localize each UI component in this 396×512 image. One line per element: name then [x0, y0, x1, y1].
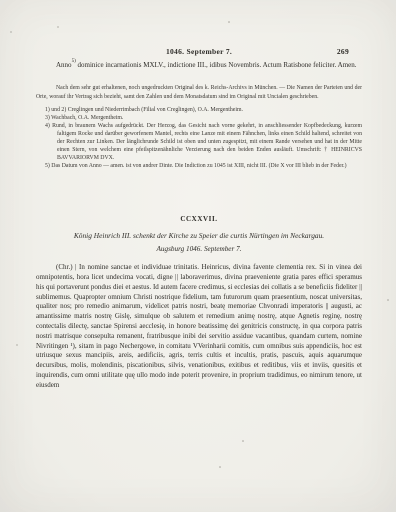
scan-speck — [57, 26, 59, 28]
scan-speck — [219, 466, 221, 468]
anno-paragraph: Anno5) dominice incarnationis MXLV., ind… — [36, 60, 362, 70]
footnote-5-date-note: 5) Das Datum von Anno — amen. ist von an… — [57, 162, 362, 170]
footnote-ref-5: 5) — [72, 59, 76, 64]
scan-speck — [387, 299, 389, 301]
anno-text-start: Anno — [56, 61, 72, 69]
footnote-3: 3) Wachbach, O.A. Mergentheim. — [57, 114, 362, 122]
charter-title: König Heinrich III. schenkt der Kirche z… — [36, 231, 362, 240]
book-page: 1046. September 7. 269 Anno5) dominice i… — [0, 0, 396, 512]
charter-number: CCXXVII. — [36, 215, 362, 223]
page-number: 269 — [337, 47, 349, 57]
source-note: Nach dem sehr gut erhaltenen, noch unged… — [36, 84, 362, 101]
scan-speck — [10, 31, 12, 33]
footnotes-block: 1) und 2) Creglingen und Niederrimbach (… — [36, 106, 362, 170]
footnote-4-seal-description: 4) Rund, in braunem Wachs aufgedrückt. D… — [57, 122, 362, 162]
footnote-1-2: 1) und 2) Creglingen und Niederrimbach (… — [57, 106, 362, 114]
anno-text-rest: dominice incarnationis MXLV., indictione… — [76, 61, 357, 69]
charter-dateline: Augsburg 1046. September 7. — [36, 245, 362, 253]
scan-speck — [228, 21, 230, 23]
running-head-date: 1046. September 7. — [166, 47, 232, 56]
page-header: 1046. September 7. 269 — [36, 47, 362, 57]
scan-speck — [16, 344, 18, 346]
charter-body-text: (Chr.) | In nomine sanctae et individuae… — [36, 263, 362, 390]
scan-speck — [242, 440, 244, 442]
